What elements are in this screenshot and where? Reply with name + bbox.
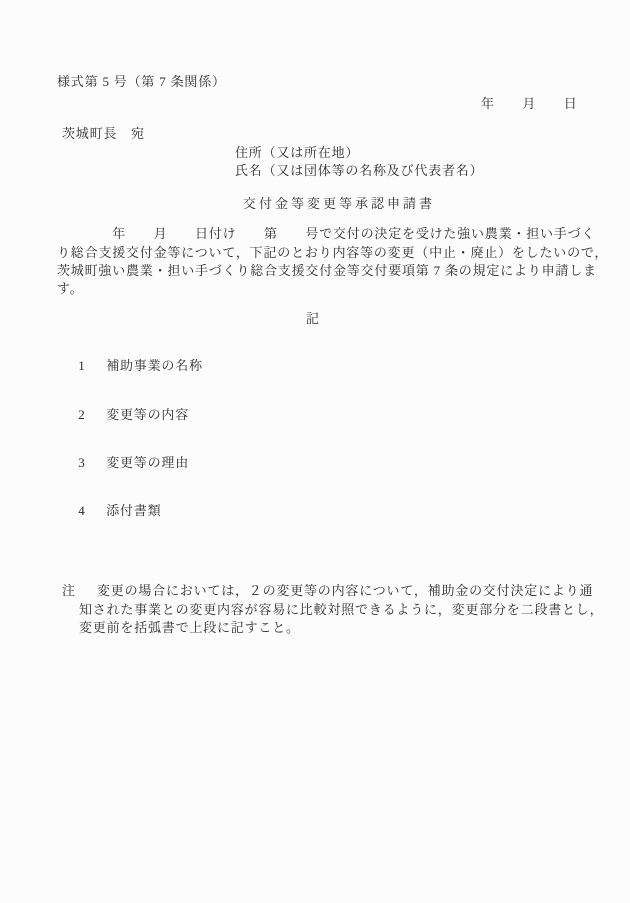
- section-separator: 記: [306, 311, 320, 326]
- item-label: 補助事業の名称: [106, 358, 203, 373]
- addressee: 茨城町長 宛: [62, 126, 145, 141]
- address-label: 住所（又は所在地）: [235, 145, 359, 160]
- document-title: 交付金等変更等承認申請書: [243, 196, 435, 211]
- paragraph-line: 茨城町強い農業・担い手づくり総合支援交付金等交付要項第 7 条の規定により申請し…: [57, 263, 597, 278]
- note-line: 変更前を括弧書で上段に記すこと。: [79, 620, 300, 635]
- form-number: 様式第 5 号（第 7 条関係）: [57, 74, 226, 89]
- item-label: 変更等の理由: [106, 455, 189, 470]
- item-number: 4: [78, 503, 106, 518]
- item-number: 1: [78, 358, 106, 373]
- list-item: 3変更等の理由: [62, 440, 189, 485]
- paragraph-line: す。: [57, 281, 84, 296]
- paragraph-line: 年 月 日付け 第 号で交付の決定を受けた強い農業・担い手づく: [57, 226, 595, 241]
- item-number: 2: [78, 407, 106, 422]
- date-line: 年 月 日: [481, 96, 578, 111]
- note-line: 知された事業との変更内容が容易に比較対照できるように，変更部分を二段書とし，: [79, 602, 603, 617]
- item-label: 変更等の内容: [106, 407, 189, 422]
- item-label: 添付書類: [106, 503, 161, 518]
- name-label: 氏名（又は団体等の名称及び代表者名）: [235, 163, 483, 178]
- paragraph-line: り総合支援交付金等について，下記のとおり内容等の変更（中止・廃止）をしたいので，: [57, 245, 608, 260]
- list-item: 1補助事業の名称: [62, 343, 203, 388]
- list-item: 4添付書類: [62, 488, 161, 533]
- list-item: 2変更等の内容: [62, 392, 189, 437]
- note-line: 変更の場合においては，２の変更等の内容について，補助金の交付決定により通: [97, 583, 593, 598]
- document-page: 様式第 5 号（第 7 条関係） 年 月 日 茨城町長 宛 住所（又は所在地） …: [0, 0, 630, 903]
- note-marker: 注: [62, 583, 76, 598]
- item-number: 3: [78, 455, 106, 470]
